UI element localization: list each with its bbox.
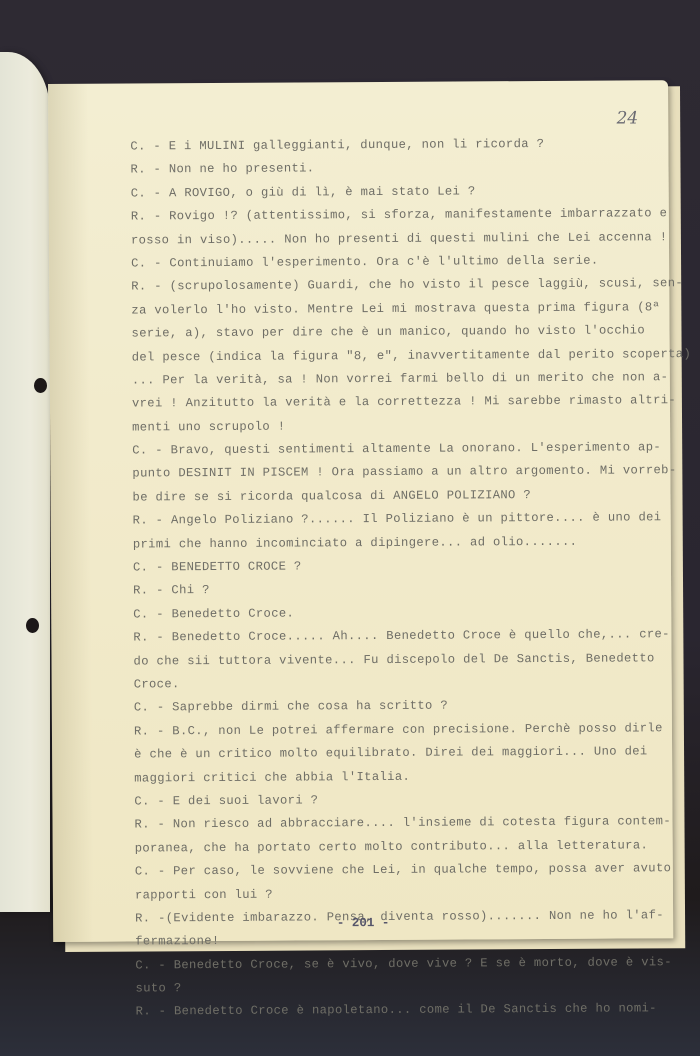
handwritten-folio-number: 24 <box>617 108 639 128</box>
text-line: C. - Saprebbe dirmi che cosa ha scritto … <box>134 694 654 721</box>
text-line: Croce. <box>134 670 654 697</box>
text-line: poranea, che ha portato certo molto cont… <box>135 834 655 861</box>
text-line: za volerlo l'ho visto. Mentre Lei mi mos… <box>131 296 651 323</box>
text-line: C. - E dei suoi lavori ? <box>134 787 654 814</box>
text-line: C. - Per caso, le sovviene che Lei, in q… <box>135 857 655 884</box>
text-line: R. - Non riesco ad abbracciare.... l'ins… <box>134 811 654 838</box>
facing-page-edge <box>0 52 50 912</box>
spine-shadow <box>48 84 93 942</box>
text-line: serie, a), stavo per dire che è un manic… <box>131 319 651 346</box>
text-line: be dire se si ricorda qualcosa di ANGELO… <box>132 483 652 510</box>
text-line: punto DESINIT IN PISCEM ! Ora passiamo a… <box>132 460 652 487</box>
text-line: R. - Chi ? <box>133 577 653 604</box>
text-line: suto ? <box>135 974 655 1001</box>
binding-hole <box>26 618 39 633</box>
text-line: C. - Continuiamo l'esperimento. Ora c'è … <box>131 249 651 276</box>
text-line: C. - BENEDETTO CROCE ? <box>133 553 653 580</box>
text-line: R. - Rovigo !? (attentissimo, si sforza,… <box>131 202 651 229</box>
text-line: R. - Benedetto Croce..... Ah.... Benedet… <box>133 624 653 651</box>
text-line: do che sii tuttora vivente... Fu discepo… <box>133 647 653 674</box>
text-line: primi che hanno incominciato a dipingere… <box>133 530 653 557</box>
binding-hole <box>34 378 47 393</box>
text-line: R. - (scrupolosamente) Guardi, che ho vi… <box>131 273 651 300</box>
text-line: R. - Benedetto Croce è napoletano... com… <box>136 998 656 1025</box>
text-line: rosso in viso)..... Non ho presenti di q… <box>131 226 651 253</box>
text-line: R. - Angelo Poliziano ?...... Il Polizia… <box>133 507 653 534</box>
text-line: C. - A ROVIGO, o giù di lì, è mai stato … <box>131 179 651 206</box>
text-line: maggiori critici che abbia l'Italia. <box>134 764 654 791</box>
text-line: R. - B.C., non Le potrei affermare con p… <box>134 717 654 744</box>
transcript-body: C. - E i MULINI galleggianti, dunque, no… <box>130 132 655 1024</box>
text-line: C. - Benedetto Croce, se è vivo, dove vi… <box>135 951 655 978</box>
text-line: R. - Non ne ho presenti. <box>130 156 650 183</box>
text-line: C. - E i MULINI galleggianti, dunque, no… <box>130 132 650 159</box>
typewritten-page: 24 C. - E i MULINI galleggianti, dunque,… <box>48 80 673 942</box>
text-line: C. - Benedetto Croce. <box>133 600 653 627</box>
text-line: menti uno scrupolo ! <box>132 413 652 440</box>
text-line: è che è un critico molto equilibrato. Di… <box>134 740 654 767</box>
text-line: del pesce (indica la figura "8, e", inav… <box>132 343 652 370</box>
text-line: rapporti con lui ? <box>135 881 655 908</box>
text-line: vrei ! Anzitutto la verità e la corrette… <box>132 390 652 417</box>
text-line: fermazione! <box>135 928 655 955</box>
text-line: C. - Bravo, questi sentimenti altamente … <box>132 436 652 463</box>
text-line: ... Per la verità, sa ! Non vorrei farmi… <box>132 366 652 393</box>
